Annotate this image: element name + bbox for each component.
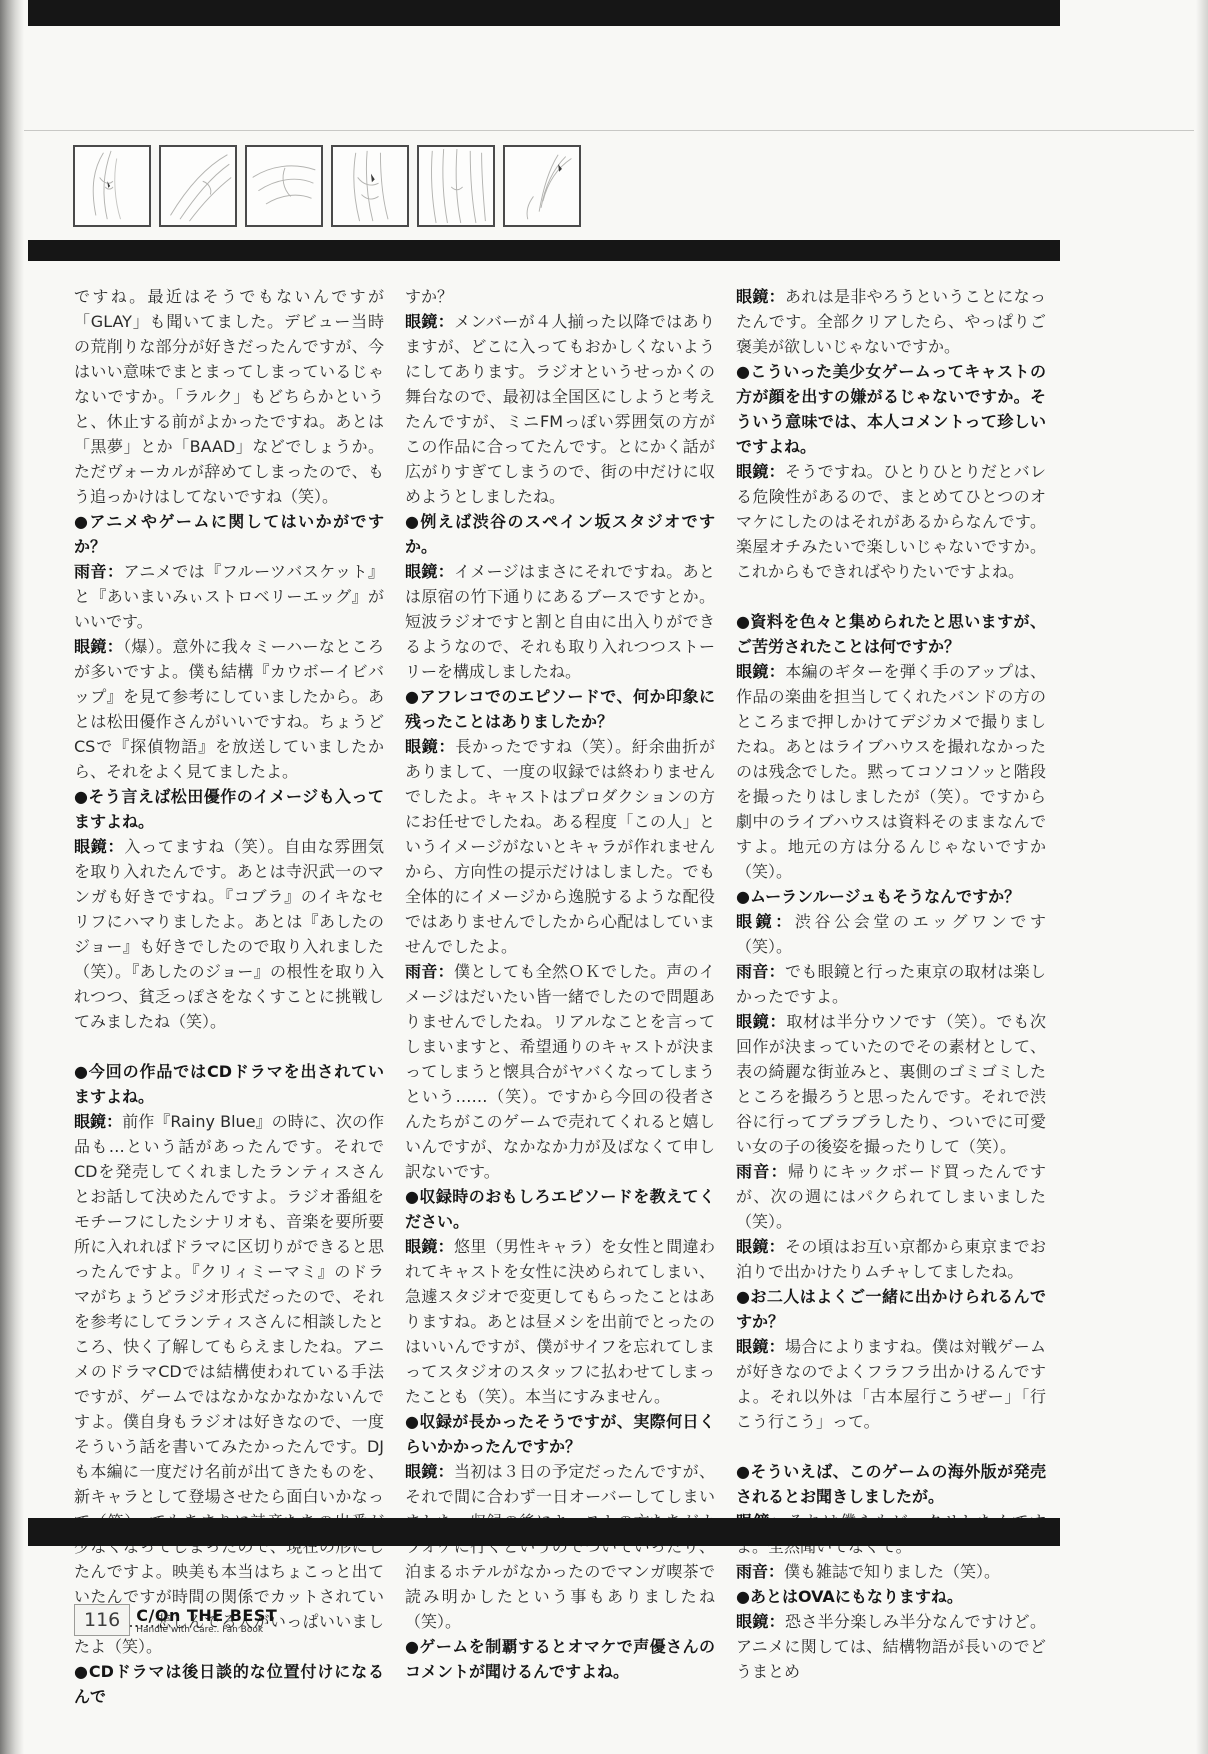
speaker-name: 眼鏡： xyxy=(736,912,795,931)
header-rule xyxy=(24,130,1194,131)
speaker-name: 眼鏡： xyxy=(74,1112,122,1131)
dialogue-paragraph: 眼鏡：恐さ半分楽しみ半分なんですけど。アニメに関しては、結構物語が長いのでどうま… xyxy=(736,1609,1046,1684)
article-columns: ですね。最近はそうでもないんですが「GLAY」も聞いてました。デビュー当時の荒削… xyxy=(74,284,1047,1709)
speaker-name: 雨音： xyxy=(74,562,124,581)
question-paragraph: ●例えば渋谷のスペイン坂スタジオですか。 xyxy=(405,509,715,559)
dialogue-paragraph: 眼鏡：前作『Rainy Blue』の時に、次の作品も…という話があったんです。そ… xyxy=(74,1109,384,1659)
question-paragraph: ●そういえば、このゲームの海外版が発売されるとお聞きしましたが。 xyxy=(736,1459,1046,1509)
footer: 116 C/On THE BEST Handle with Care.. Fan… xyxy=(74,1604,277,1636)
speaker-name: 眼鏡： xyxy=(736,1337,785,1356)
question-paragraph: ●アフレコでのエピソードで、何か印象に残ったことはありましたか？ xyxy=(405,684,715,734)
speaker-name: 眼鏡： xyxy=(405,1462,454,1481)
speaker-name: 眼鏡： xyxy=(405,737,455,756)
dialogue-paragraph: 雨音：僕も雑誌で知りました（笑）。 xyxy=(736,1559,1046,1584)
sketch-thumbnail xyxy=(331,145,409,227)
dialogue-paragraph: 雨音：帰りにキックボード買ったんですが、次の週にはパクられてしまいました（笑）。 xyxy=(736,1159,1046,1234)
dialogue-paragraph: 眼鏡：その頃はお互い京都から東京までお泊りで出かけたりムチャしてましたね。 xyxy=(736,1234,1046,1284)
question-paragraph: ●こういった美少女ゲームってキャストの方が顔を出すの嫌がるじゃないですか。そうい… xyxy=(736,359,1046,459)
speaker-name: 雨音： xyxy=(736,1162,788,1181)
sketch-art-icon xyxy=(161,147,235,225)
speaker-name: 眼鏡： xyxy=(405,1237,454,1256)
question-paragraph: ●お二人はよくご一緒に出かけられるんですか？ xyxy=(736,1284,1046,1334)
sketch-art-icon xyxy=(505,147,579,225)
question-paragraph: ●ムーランルージュもそうなんですか？ xyxy=(736,884,1046,909)
page-edge-shadow xyxy=(1196,0,1208,1754)
dialogue-paragraph: 雨音：でも眼鏡と行った東京の取材は楽しかったですよ。 xyxy=(736,959,1046,1009)
dialogue-paragraph: 眼鏡：当初は３日の予定だったんですが、それで間に合わず一日オーバーしてしまいまし… xyxy=(405,1459,715,1634)
sketch-thumbnail xyxy=(503,145,581,227)
dialogue-paragraph: 眼鏡：イメージはまさにそれですね。あとは原宿の竹下通りにあるブースですとか。短波… xyxy=(405,559,715,684)
article-column-1: ですね。最近はそうでもないんですが「GLAY」も聞いてました。デビュー当時の荒削… xyxy=(74,284,384,1709)
dialogue-paragraph: 雨音：僕としても全然ＯＫでした。声のイメージはだいたい皆一緒でしたので問題ありま… xyxy=(405,959,715,1184)
speaker-name: 眼鏡： xyxy=(405,562,454,581)
book-subtitle: Handle with Care.. Fan Book xyxy=(136,1625,277,1635)
article-column-2: すか？眼鏡：メンバーが４人揃った以降ではありますが、どこに入ってもおかしくないよ… xyxy=(405,284,715,1709)
body-paragraph: ですね。最近はそうでもないんですが「GLAY」も聞いてました。デビュー当時の荒削… xyxy=(74,284,384,509)
top-divider-bar xyxy=(28,0,1060,26)
question-paragraph: ●資料を色々と集められたと思いますが、ご苦労されたことは何ですか？ xyxy=(736,609,1046,659)
question-paragraph: ●CDドラマは後日談的な位置付けになるんで xyxy=(74,1659,384,1709)
speaker-name: 雨音： xyxy=(736,962,785,981)
question-paragraph: ●アニメやゲームに関してはいかがですか？ xyxy=(74,509,384,559)
sketch-thumbnail xyxy=(159,145,237,227)
dialogue-paragraph: 雨音：アニメでは『フルーツバスケット』と『あいまいみぃストロベリーエッグ』がいい… xyxy=(74,559,384,634)
sketch-art-icon xyxy=(247,147,321,225)
question-paragraph: ●あとはOVAにもなりますね。 xyxy=(736,1584,1046,1609)
page-number: 116 xyxy=(74,1604,130,1636)
artwork-thumbnail-strip xyxy=(73,145,581,227)
book-title: C/On THE BEST xyxy=(136,1606,277,1625)
speaker-name: 眼鏡： xyxy=(736,1612,785,1631)
dialogue-paragraph: 眼鏡：場合によりますね。僕は対戦ゲームが好きなのでよくフラフラ出かけるんですよ。… xyxy=(736,1334,1046,1434)
speaker-name: 雨音： xyxy=(405,962,454,981)
speaker-name: 眼鏡： xyxy=(405,312,454,331)
speaker-name: 眼鏡： xyxy=(736,1012,786,1031)
body-paragraph: すか？ xyxy=(405,284,715,309)
scanned-page: ですね。最近はそうでもないんですが「GLAY」も聞いてました。デビュー当時の荒削… xyxy=(0,0,1208,1754)
sketch-art-icon xyxy=(75,147,149,225)
speaker-name: 眼鏡： xyxy=(736,662,785,681)
speaker-name: 雨音： xyxy=(736,1562,784,1581)
dialogue-paragraph: 眼鏡：あれは是非やろうということになったんです。全部クリアしたら、やっぱりご褒美… xyxy=(736,284,1046,359)
dialogue-paragraph: 眼鏡：長かったですね（笑）。紆余曲折がありまして、一度の収録では終わりませんでし… xyxy=(405,734,715,959)
sketch-thumbnail xyxy=(245,145,323,227)
question-paragraph: ●今回の作品ではCDドラマを出されていますよね。 xyxy=(74,1059,384,1109)
speaker-name: 眼鏡： xyxy=(736,462,785,481)
binding-shadow xyxy=(0,0,24,1754)
question-paragraph: ●そう言えば松田優作のイメージも入ってますよね。 xyxy=(74,784,384,834)
dialogue-paragraph: 眼鏡：メンバーが４人揃った以降ではありますが、どこに入ってもおかしくないようにし… xyxy=(405,309,715,509)
dialogue-paragraph: 眼鏡：渋谷公会堂のエッグワンです（笑）。 xyxy=(736,909,1046,959)
question-paragraph: ●収録が長かったそうですが、実際何日くらいかかったんですか？ xyxy=(405,1409,715,1459)
sketch-art-icon xyxy=(419,147,493,225)
dialogue-paragraph: 眼鏡：悠里（男性キャラ）を女性と間違われてキャストを女性に決められてしまい、急遽… xyxy=(405,1234,715,1409)
dialogue-paragraph: 眼鏡：入ってますね（笑）。自由な雰囲気を取り入れたんです。あとは寺沢武一のマンガ… xyxy=(74,834,384,1034)
dialogue-paragraph: 眼鏡：そうですね。ひとりひとりだとバレる危険性があるので、まとめてひとつのオマケ… xyxy=(736,459,1046,584)
bottom-divider-bar xyxy=(28,1518,1060,1546)
header-divider-bar xyxy=(28,240,1060,261)
article-column-3: 眼鏡：あれは是非やろうということになったんです。全部クリアしたら、やっぱりご褒美… xyxy=(736,284,1046,1709)
sketch-thumbnail xyxy=(73,145,151,227)
sketch-thumbnail xyxy=(417,145,495,227)
speaker-name: 眼鏡： xyxy=(736,287,785,306)
speaker-name: 眼鏡： xyxy=(736,1237,785,1256)
book-title-plate: C/On THE BEST Handle with Care.. Fan Boo… xyxy=(136,1604,277,1636)
speaker-name: 眼鏡： xyxy=(74,837,124,856)
dialogue-paragraph: 眼鏡：（爆）。意外に我々ミーハーなところが多いですよ。僕も結構『カウボーイビバッ… xyxy=(74,634,384,784)
question-paragraph: ●ゲームを制覇するとオマケで声優さんのコメントが聞けるんですよね。 xyxy=(405,1634,715,1684)
dialogue-paragraph: 眼鏡：本編のギターを弾く手のアップは、作品の楽曲を担当してくれたバンドの方のとこ… xyxy=(736,659,1046,884)
speaker-name: 眼鏡： xyxy=(74,637,123,656)
question-paragraph: ●収録時のおもしろエピソードを教えてください。 xyxy=(405,1184,715,1234)
sketch-art-icon xyxy=(333,147,407,225)
dialogue-paragraph: 眼鏡：取材は半分ウソです（笑）。でも次回作が決まっていたのでその素材として、表の… xyxy=(736,1009,1046,1159)
